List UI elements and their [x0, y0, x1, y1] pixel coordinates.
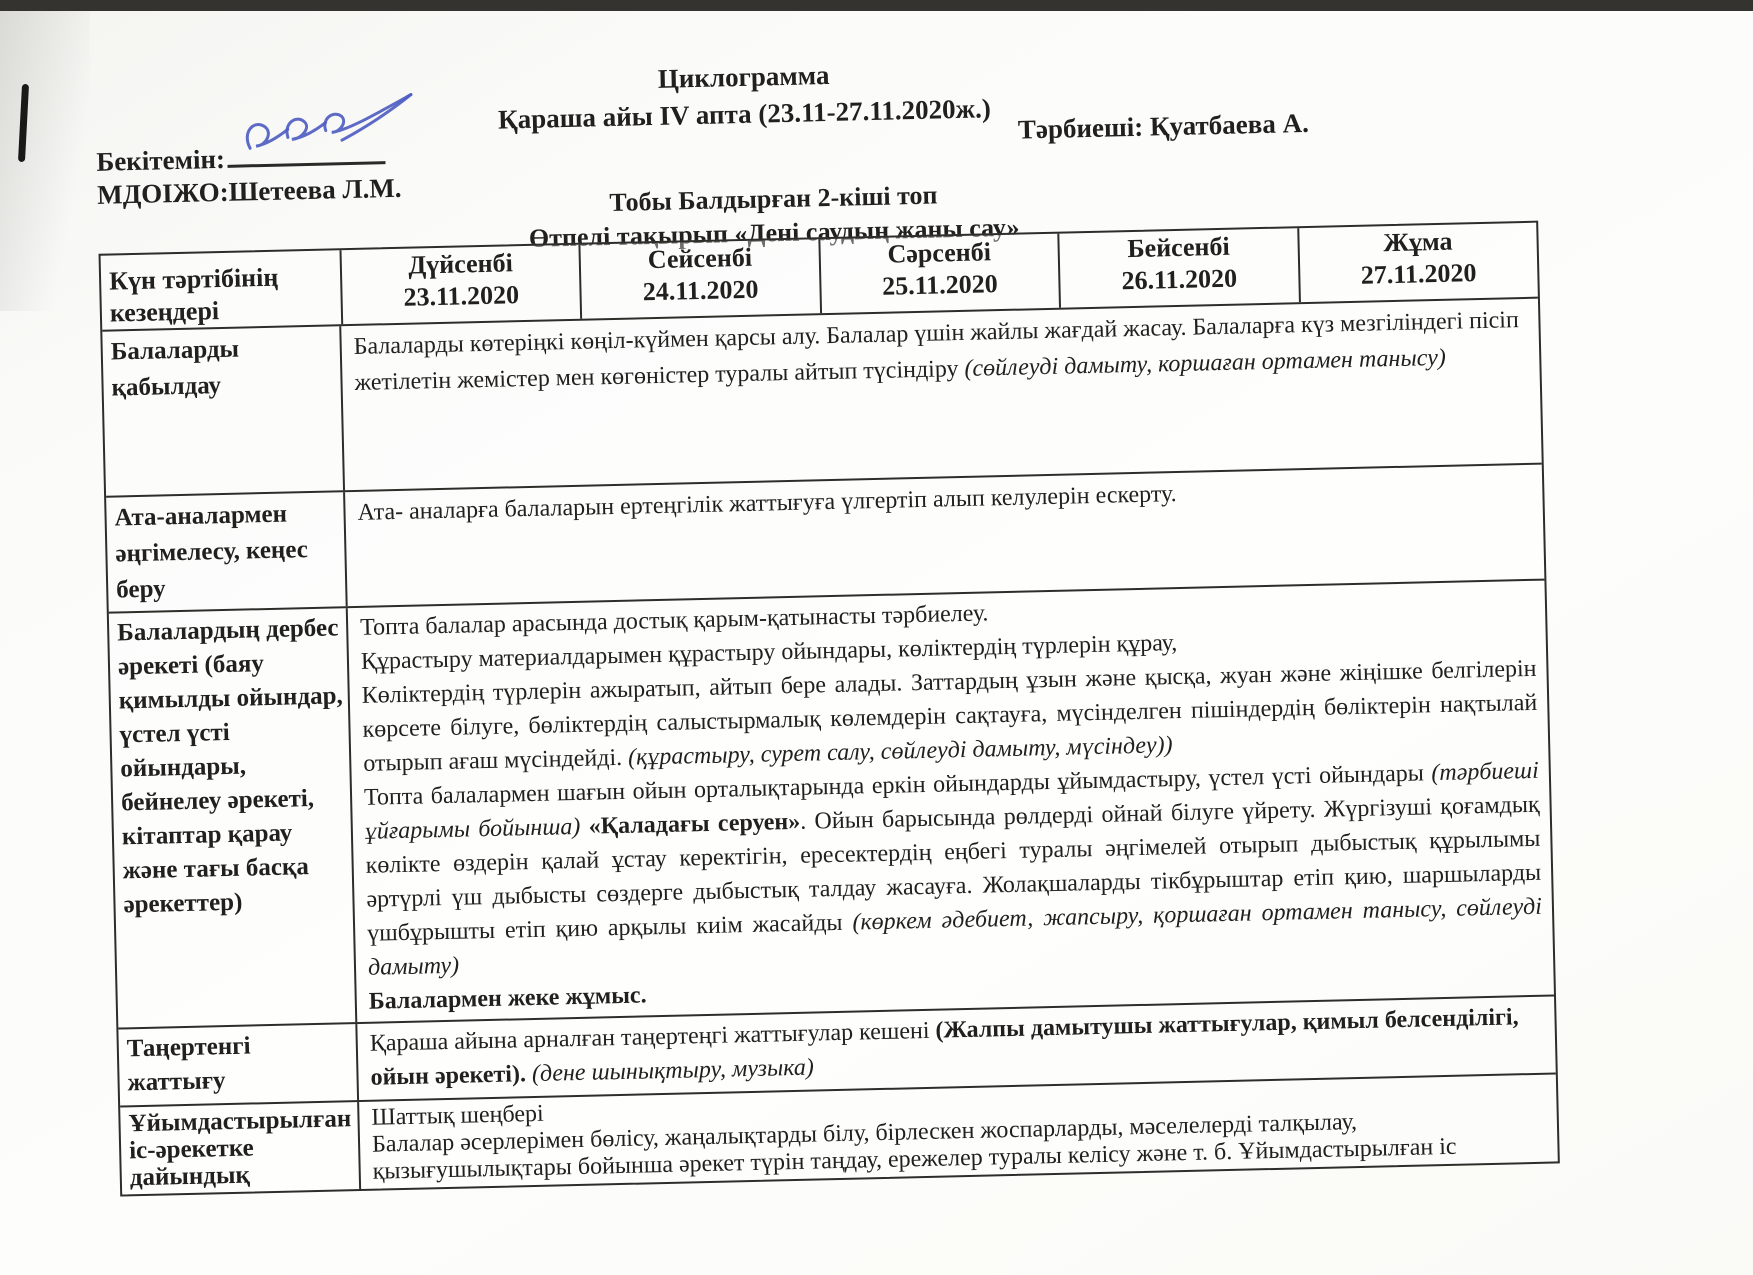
- day-date: 25.11.2020: [821, 267, 1059, 304]
- approval-line: Бекітемін:: [96, 137, 385, 178]
- table-row: Балаларды қабылдауБалаларды көтеріңкі кө…: [102, 297, 1541, 496]
- text-segment: Ата- аналарға балаларын ертеңгілік жатты…: [357, 481, 1177, 526]
- row-label: Ата-аналармен әңгімелесу, кеңес беру: [106, 492, 348, 611]
- table-row: Балалардың дербес әрекеті (баяу қимылды …: [109, 579, 1554, 1028]
- text-segment: «Қаладағы серуен»: [580, 809, 800, 840]
- day-header-cell: Сәрсенбі 25.11.2020: [818, 234, 1059, 313]
- day-date: 24.11.2020: [582, 272, 820, 309]
- day-header-cell: Сейсенбі 24.11.2020: [579, 239, 820, 318]
- day-date: 27.11.2020: [1300, 256, 1538, 293]
- row-label: Таңертенгі жаттығу: [118, 1024, 359, 1105]
- day-date: 26.11.2020: [1060, 261, 1298, 298]
- table-body: Балаларды қабылдауБалаларды көтеріңкі кө…: [102, 297, 1558, 1195]
- document-body: Циклограмма Қараша айы IV апта (23.11-27…: [88, 25, 1562, 1188]
- day-header-cell: Бейсенбі 26.11.2020: [1057, 228, 1298, 307]
- approve-label: Бекітемін:: [96, 144, 225, 177]
- row-label: Балалардың дербес әрекеті (баяу қимылды …: [109, 608, 357, 1027]
- teacher-name: Тәрбиеші: Қуатбаева А.: [1018, 108, 1310, 146]
- day-date: 23.11.2020: [342, 278, 580, 315]
- day-header-cell: Жұма 27.11.2020: [1297, 223, 1538, 302]
- corner-header-cell: Күн тәртібінің кезеңдері: [101, 250, 342, 329]
- scanned-page: Циклограмма Қараша айы IV апта (23.11-27…: [0, 0, 1753, 1275]
- row-content: Балаларды көтеріңкі көңіл-күймен қарсы а…: [341, 299, 1541, 491]
- text-segment: (сөйлеуді дамыту, коршаған ортамен таныс…: [964, 345, 1446, 382]
- text-segment: (дене шынықтыру, музыка): [532, 1055, 815, 1087]
- text-segment: Шаттық шеңбері: [371, 1101, 544, 1131]
- schedule-table: Күн тәртібінің кезеңдері Дүйсенбі 23.11.…: [99, 221, 1560, 1197]
- paragraph: Топта балалармен шағын ойын орталықтарын…: [364, 754, 1543, 985]
- text-segment: Балалармен жеке жұмыс.: [369, 982, 647, 1014]
- row-label: Ұйымдастырылған іс-әрекетке дайындық: [120, 1102, 361, 1194]
- row-content: Топта балалар арасында достық қарым-қаты…: [348, 581, 1554, 1022]
- text-segment: Қараша айына арналған таңертеңгі жаттығу…: [369, 1018, 935, 1057]
- signature-scribble: [233, 86, 445, 175]
- day-header-cell: Дүйсенбі 23.11.2020: [339, 245, 580, 324]
- row-label: Балаларды қабылдау: [102, 326, 345, 495]
- scan-shadow: [0, 11, 90, 311]
- scan-edge-bar: [0, 0, 1753, 11]
